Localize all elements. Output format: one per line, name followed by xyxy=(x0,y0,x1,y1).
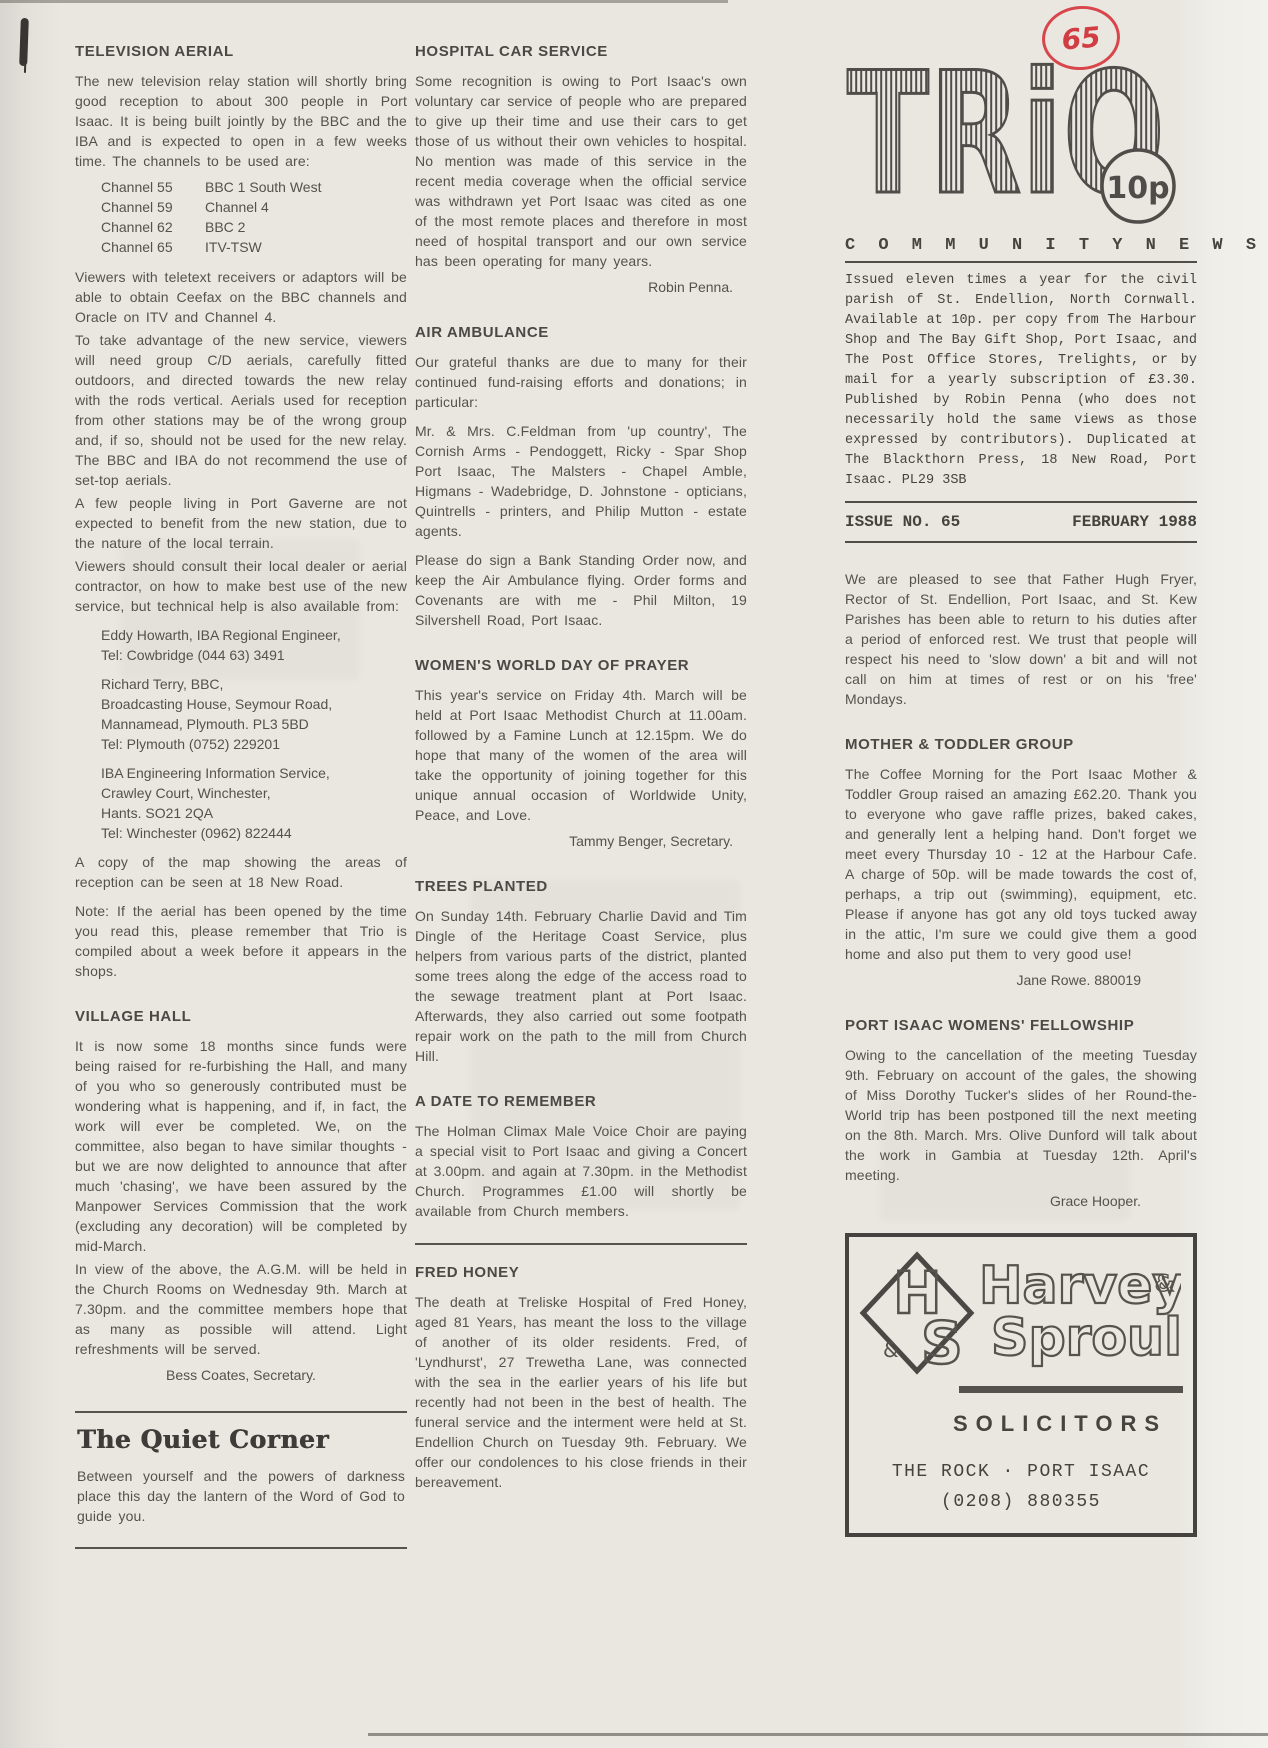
article-hospital-car-service: HOSPITAL CAR SERVICE Some recognition is… xyxy=(415,42,747,297)
paragraph: The new television relay station will sh… xyxy=(75,71,407,171)
column-middle: HOSPITAL CAR SERVICE Some recognition is… xyxy=(415,40,747,1495)
paragraph: Our grateful thanks are due to many for … xyxy=(415,352,747,412)
article-womens-fellowship: PORT ISAAC WOMENS' FELLOWSHIP Owing to t… xyxy=(845,1016,1197,1211)
contact-line: Tel: Cowbridge (044 63) 3491 xyxy=(101,645,407,665)
channel-number: Channel 55 xyxy=(101,177,205,197)
pen-mark xyxy=(19,18,29,66)
paragraph: Mr. & Mrs. C.Feldman from 'up country', … xyxy=(415,421,747,541)
channel-name: ITV-TSW xyxy=(205,239,262,255)
price-badge: 10p xyxy=(1106,171,1169,206)
article-title: TELEVISION AERIAL xyxy=(75,42,407,62)
article-father-fryer: We are pleased to see that Father Hugh F… xyxy=(845,569,1197,709)
paragraph: Viewers should consult their local deale… xyxy=(75,556,407,616)
contact-line: Crawley Court, Winchester, xyxy=(101,783,407,803)
article-air-ambulance: AIR AMBULANCE Our grateful thanks are du… xyxy=(415,323,747,630)
channel-row: Channel 65ITV-TSW xyxy=(101,237,407,257)
advert-harvey-sproull: H & S Harvey & Sproull SOLICITORS THE RO… xyxy=(845,1233,1197,1537)
ad-address: THE ROCK · PORT ISAAC xyxy=(859,1457,1183,1487)
signature: Robin Penna. xyxy=(415,277,747,297)
contact-line: Richard Terry, BBC, xyxy=(101,674,407,694)
paragraph: Please do sign a Bank Standing Order now… xyxy=(415,550,747,630)
paragraph: This year's service on Friday 4th. March… xyxy=(415,685,747,825)
signature: Jane Rowe. 880019 xyxy=(845,970,1197,990)
trio-logo: TRiO 10p xyxy=(845,34,1185,232)
article-title: PORT ISAAC WOMENS' FELLOWSHIP xyxy=(845,1016,1197,1036)
article-fred-honey: FRED HONEY The death at Treliske Hospita… xyxy=(415,1263,747,1492)
article-title: FRED HONEY xyxy=(415,1263,747,1283)
article-title: A DATE TO REMEMBER xyxy=(415,1092,747,1112)
paragraph: It is now some 18 months since funds wer… xyxy=(75,1036,407,1256)
paragraph: Viewers with teletext receivers or adapt… xyxy=(75,267,407,327)
paragraph: The death at Treliske Hospital of Fred H… xyxy=(415,1292,747,1492)
column-left: TELEVISION AERIAL The new television rel… xyxy=(75,40,407,1549)
article-trees-planted: TREES PLANTED On Sunday 14th. February C… xyxy=(415,877,747,1066)
channel-name: Channel 4 xyxy=(205,199,269,215)
article-title: TREES PLANTED xyxy=(415,877,747,897)
article-womens-world-day-of-prayer: WOMEN'S WORLD DAY OF PRAYER This year's … xyxy=(415,656,747,851)
paragraph: The Coffee Morning for the Port Isaac Mo… xyxy=(845,764,1197,964)
contact-line: Hants. SO21 2QA xyxy=(101,803,407,823)
channel-name: BBC 2 xyxy=(205,219,245,235)
article-village-hall: VILLAGE HALL It is now some 18 months si… xyxy=(75,1007,407,1385)
ad-solicitors-label: SOLICITORS xyxy=(859,1411,1183,1437)
channel-number: Channel 65 xyxy=(101,237,205,257)
contact-line: Eddy Howarth, IBA Regional Engineer, xyxy=(101,625,407,645)
issue-date: FEBRUARY 1988 xyxy=(1072,513,1197,531)
article-title: WOMEN'S WORLD DAY OF PRAYER xyxy=(415,656,747,676)
channel-row: Channel 55BBC 1 South West xyxy=(101,177,407,197)
signature: Grace Hooper. xyxy=(845,1191,1197,1211)
ad-rule xyxy=(959,1386,1183,1393)
rule xyxy=(845,261,1197,263)
channel-name: BBC 1 South West xyxy=(205,179,321,195)
monogram-s: S xyxy=(921,1309,963,1377)
channel-list: Channel 55BBC 1 South West Channel 59Cha… xyxy=(101,177,407,257)
contact-line: Tel: Plymouth (0752) 229201 xyxy=(101,734,407,754)
scan-edge-top xyxy=(0,0,728,3)
ad-name-sproull: Sproull xyxy=(991,1308,1181,1368)
channel-row: Channel 59Channel 4 xyxy=(101,197,407,217)
rule xyxy=(845,501,1197,503)
paragraph: Some recognition is owing to Port Isaac'… xyxy=(415,71,747,271)
article-title: The Quiet Corner xyxy=(77,1425,405,1454)
signature: Tammy Benger, Secretary. xyxy=(415,831,747,851)
contact-line: IBA Engineering Information Service, xyxy=(101,763,407,783)
ad-phone: (0208) 880355 xyxy=(859,1487,1183,1517)
column-right: TRiO 10p C O M M U N I T Y N E W S L E T… xyxy=(845,34,1197,1537)
paragraph: Note: If the aerial has been opened by t… xyxy=(75,901,407,981)
contact-line: Broadcasting House, Seymour Road, xyxy=(101,694,407,714)
channel-number: Channel 59 xyxy=(101,197,205,217)
paragraph: The Holman Climax Male Voice Choir are p… xyxy=(415,1121,747,1221)
paragraph: To take advantage of the new service, vi… xyxy=(75,330,407,490)
newsletter-page: 65 TELEVISION AERIAL The new television … xyxy=(0,0,1268,1748)
harvey-sproull-logo-icon: H & S Harvey & Sproull xyxy=(859,1251,1181,1379)
contact-block: Eddy Howarth, IBA Regional Engineer, Tel… xyxy=(101,625,407,665)
issue-row: ISSUE NO. 65 FEBRUARY 1988 xyxy=(845,513,1197,531)
article-quiet-corner: The Quiet Corner Between yourself and th… xyxy=(75,1411,407,1549)
article-mother-toddler-group: MOTHER & TODDLER GROUP The Coffee Mornin… xyxy=(845,735,1197,990)
article-title: VILLAGE HALL xyxy=(75,1007,407,1027)
scan-edge-bottom xyxy=(368,1733,1268,1736)
channel-number: Channel 62 xyxy=(101,217,205,237)
paragraph: A copy of the map showing the areas of r… xyxy=(75,852,407,892)
masthead-text: Issued eleven times a year for the civil… xyxy=(845,271,1197,491)
newsletter-subtitle: C O M M U N I T Y N E W S L E T T E R xyxy=(845,236,1197,255)
contact-line: Mannamead, Plymouth. PL3 5BD xyxy=(101,714,407,734)
article-divider xyxy=(415,1243,747,1245)
ad-name-harvey: Harvey xyxy=(979,1256,1181,1316)
issue-number: ISSUE NO. 65 xyxy=(845,513,960,531)
article-title: MOTHER & TODDLER GROUP xyxy=(845,735,1197,755)
article-television-aerial: TELEVISION AERIAL The new television rel… xyxy=(75,42,407,981)
paragraph: Between yourself and the powers of darkn… xyxy=(77,1466,405,1526)
paragraph: A few people living in Port Gaverne are … xyxy=(75,493,407,553)
signature: Bess Coates, Secretary. xyxy=(75,1365,407,1385)
contact-block: IBA Engineering Information Service, Cra… xyxy=(101,763,407,843)
article-title: HOSPITAL CAR SERVICE xyxy=(415,42,747,62)
rule xyxy=(845,541,1197,543)
trio-logo-icon: TRiO 10p xyxy=(845,34,1185,232)
monogram-ampersand: & xyxy=(883,1338,899,1362)
contact-block: Richard Terry, BBC, Broadcasting House, … xyxy=(101,674,407,754)
ad-name-ampersand: & xyxy=(1155,1272,1174,1297)
contact-line: Tel: Winchester (0962) 822444 xyxy=(101,823,407,843)
channel-row: Channel 62BBC 2 xyxy=(101,217,407,237)
paragraph: In view of the above, the A.G.M. will be… xyxy=(75,1259,407,1359)
article-title: AIR AMBULANCE xyxy=(415,323,747,343)
paragraph: Owing to the cancellation of the meeting… xyxy=(845,1045,1197,1185)
article-a-date-to-remember: A DATE TO REMEMBER The Holman Climax Mal… xyxy=(415,1092,747,1221)
paragraph: On Sunday 14th. February Charlie David a… xyxy=(415,906,747,1066)
